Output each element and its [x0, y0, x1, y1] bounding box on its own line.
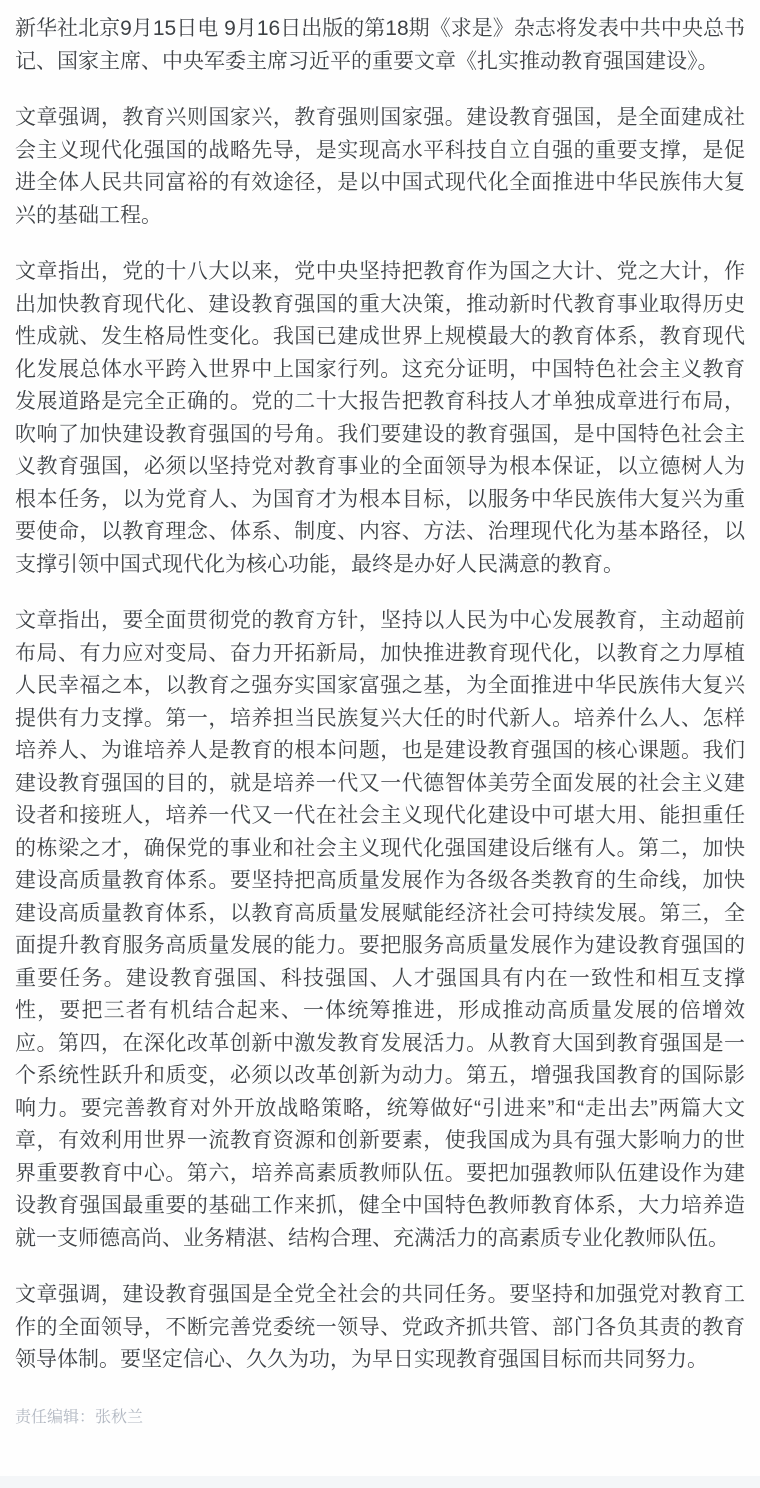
editor-credit: 责任编辑：张秋兰 [0, 1401, 760, 1429]
page-bottom-strip [0, 1476, 760, 1488]
article-body: 新华社北京9月15日电 9月16日出版的第18期《求是》杂志将发表中共中央总书记… [0, 0, 760, 1377]
article-page: 新华社北京9月15日电 9月16日出版的第18期《求是》杂志将发表中共中央总书记… [0, 0, 760, 1488]
article-paragraph: 文章强调，建设教育强国是全党全社会的共同任务。要坚持和加强党对教育工作的全面领导… [15, 1279, 745, 1377]
article-paragraph: 新华社北京9月15日电 9月16日出版的第18期《求是》杂志将发表中共中央总书记… [15, 13, 745, 78]
article-paragraph: 文章指出，党的十八大以来，党中央坚持把教育作为国之大计、党之大计，作出加快教育现… [15, 256, 745, 581]
article-paragraph: 文章强调，教育兴则国家兴，教育强则国家强。建设教育强国，是全面建成社会主义现代化… [15, 102, 745, 232]
article-paragraph: 文章指出，要全面贯彻党的教育方针，坚持以人民为中心发展教育，主动超前布局、有力应… [15, 605, 745, 1255]
